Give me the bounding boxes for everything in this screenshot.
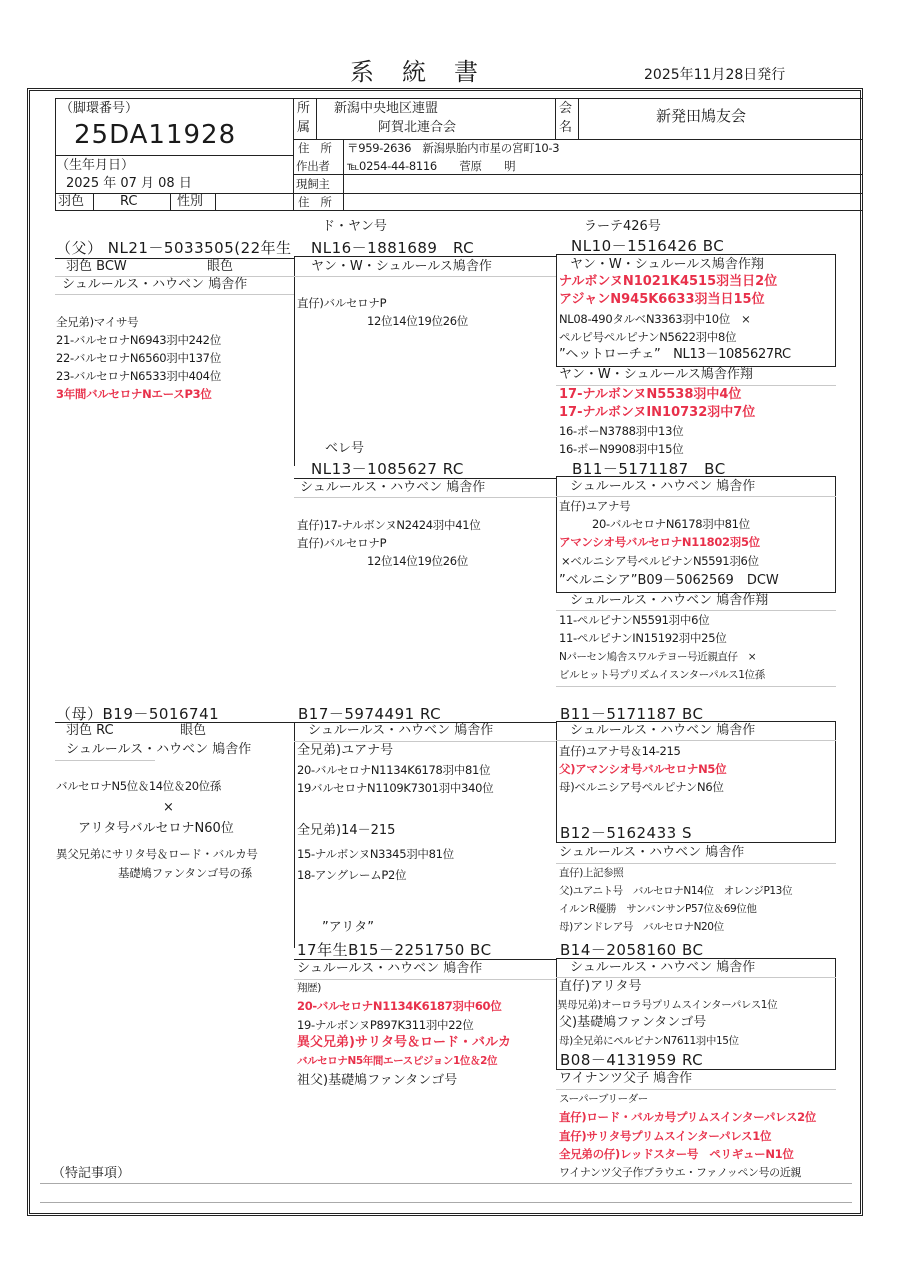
remarks-label: （特記事項） bbox=[52, 1165, 130, 1183]
document-title: 系 統 書 bbox=[350, 56, 480, 88]
sdd-note: 11-ペルピナンIN15192羽中25位 bbox=[559, 629, 726, 647]
ring-number-label: （脚環番号） bbox=[60, 100, 138, 118]
dam-ring: （母）B19－5016741 bbox=[56, 704, 219, 724]
dsd-loft: シュルールス・ハウベン 鳩舎作 bbox=[559, 844, 744, 862]
dam-dam-note: 祖父)基礎鳩ファンタンゴ号 bbox=[297, 1072, 457, 1090]
ddd-ring: B08－4131959 RC bbox=[560, 1050, 703, 1070]
sire-note-highlight: 3年間バルセロナNエースP3位 bbox=[56, 385, 211, 403]
sds-note: ×ベルニシア号ペルピナンN5591羽6位 bbox=[561, 552, 759, 570]
dam-loft: シュルールス・ハウベン 鳩舎作 bbox=[66, 741, 251, 759]
sire-note: 全兄弟)マイサ号 bbox=[56, 313, 138, 331]
sdd-note: 11-ペルピナンN5591羽中6位 bbox=[559, 611, 709, 629]
sire-sire-note: 12位14位19位26位 bbox=[367, 312, 468, 330]
sire-sire-ring: NL16－1881689 RC bbox=[311, 238, 474, 258]
sire-dam-name: ベレ号 bbox=[325, 440, 364, 458]
sdd-loft: シュルールス・ハウベン 鳩舎作翔 bbox=[570, 592, 768, 610]
sire-note: 22-バルセロナN6560羽中137位 bbox=[56, 349, 221, 367]
sss-ring: NL10－1516426 BC bbox=[571, 236, 724, 256]
sire-sire-note: 直仔)バルセロナP bbox=[297, 294, 386, 312]
sds-note: 直仔)ユアナ号 bbox=[559, 497, 630, 515]
sds-note: 20-バルセロナN6178羽中81位 bbox=[592, 515, 750, 533]
sire-color: 羽色 BCW bbox=[66, 258, 127, 276]
sire-note: 21-バルセロナN6943羽中242位 bbox=[56, 331, 221, 349]
sire-dam-note: 直仔)バルセロナP bbox=[297, 534, 386, 552]
dsd-note: イルンR優勝 サンバンサンP57位＆69位他 bbox=[559, 900, 757, 918]
dss-loft: シュルールス・ハウベン 鳩舎作 bbox=[570, 722, 755, 740]
ssd-note: 16-ポーN9908羽中15位 bbox=[559, 440, 683, 458]
ddd-note-highlight: 全兄弟の仔)レッドスター号 ペリギューN1位 bbox=[559, 1145, 837, 1163]
ring-number: 25DA11928 bbox=[74, 118, 236, 152]
dam-dam-note: 翔歴) bbox=[297, 979, 321, 997]
dam-sire-note: 15-ナルボンヌN3345羽中81位 bbox=[297, 845, 454, 863]
breeder-value: ℡0254-44-8116 菅原 明 bbox=[347, 157, 515, 175]
owner-label: 現飼主 bbox=[296, 175, 330, 193]
sire-dam-note: 直仔)17-ナルボンヌN2424羽中41位 bbox=[297, 516, 480, 534]
club-label-2: 名 bbox=[559, 119, 572, 137]
address-label: 住 所 bbox=[298, 139, 332, 157]
sire-dam-ring: NL13－1085627 RC bbox=[311, 459, 464, 479]
sss-note: ペルピ号ペルピナンN5622羽中8位 bbox=[559, 328, 736, 346]
dam-note: バルセロナN5位＆14位＆20位孫 bbox=[56, 777, 221, 795]
sss-note: NL08-490タルベN3363羽中10位 × bbox=[559, 310, 750, 328]
color-value: RC bbox=[120, 193, 137, 211]
sdd-note: ビルヒット号プリズムイスンターパルス1位孫 bbox=[559, 666, 765, 684]
dds-ring: B14－2058160 BC bbox=[560, 940, 703, 960]
dam-sire-note: 19バルセロナN1109K7301羽中340位 bbox=[297, 779, 555, 797]
ddd-note-highlight: 直仔)ロード・バルカ号プリムスインターパレス2位 bbox=[559, 1108, 839, 1126]
sds-loft: シュルールス・ハウベン 鳩舎作 bbox=[570, 478, 755, 496]
dam-dam-note-highlight: バルセロナN5年間エースピジョン1位＆2位 bbox=[297, 1052, 497, 1070]
ssd-note-highlight: 17-ナルボンヌIN10732羽中7位 bbox=[559, 404, 755, 422]
sds-note-highlight: アマンシオ号バルセロナN11802羽5位 bbox=[559, 533, 760, 551]
dam-sire-ring: B17－5974491 RC bbox=[298, 704, 441, 724]
dsd-note: 父)ユアニト号 バルセロナN14位 オレンジP13位 bbox=[559, 882, 792, 900]
sire-dam-loft: シュルールス・ハウベン 鳩舎作 bbox=[300, 479, 485, 497]
birth-date: 2025 年 07 月 08 日 bbox=[66, 175, 192, 193]
dam-dam-note-highlight: 異父兄弟)サリタ号＆ロード・バルカ bbox=[297, 1034, 555, 1052]
sire-sire-name: ド・ヤン号 bbox=[322, 218, 387, 236]
sss-note-highlight: アジャンN945K6633羽当日15位 bbox=[559, 291, 765, 309]
dam-dam-note: 19-ナルボンヌP897K311羽中22位 bbox=[297, 1016, 473, 1034]
dds-note: 直仔)アリタ号 bbox=[559, 978, 642, 996]
breeder-label: 作出者 bbox=[296, 157, 330, 175]
ssd-loft: ヤン・W・シュルールス鳩舎作翔 bbox=[559, 366, 753, 384]
dds-note: 母)全兄弟にペルピナンN7611羽中15位 bbox=[559, 1032, 739, 1050]
dam-dam-name: ”アリタ” bbox=[322, 919, 374, 937]
dam-note-cross: × bbox=[163, 799, 174, 817]
dds-loft: シュルールス・ハウベン 鳩舎作 bbox=[570, 959, 755, 977]
issue-date: 2025年11月28日発行 bbox=[644, 66, 785, 84]
ddd-note-highlight: 直仔)サリタ号プリムスインターパレス1位 bbox=[559, 1127, 771, 1145]
dsd-note: 直仔)上記参照 bbox=[559, 864, 623, 882]
dds-note: 異母兄弟)オーロラ号プリムスインターパレス1位 bbox=[557, 996, 777, 1014]
dam-note: 基礎鳩ファンタンゴ号の孫 bbox=[118, 864, 252, 882]
sdd-note: Nパーセン鳩舎スワルテヨー号近親直仔 × bbox=[559, 648, 756, 666]
dam-dam-ring: 17年生B15－2251750 BC bbox=[297, 940, 492, 960]
affiliation-label: 所 bbox=[297, 100, 310, 118]
affiliation-union: 阿賀北連合会 bbox=[378, 119, 456, 137]
dam-sire-note: 20-バルセロナN1134K6178羽中81位 bbox=[297, 761, 555, 779]
ssd-ring: ”ヘットローチェ” NL13－1085627RC bbox=[559, 346, 791, 364]
dsd-ring: B12－5162433 S bbox=[560, 823, 692, 843]
sire-loft: シュルールス・ハウベン 鳩舎作 bbox=[62, 276, 247, 294]
birth-date-label: （生年月日） bbox=[56, 157, 134, 175]
affiliation-federation: 新潟中央地区連盟 bbox=[334, 100, 438, 118]
sire-sire-box bbox=[294, 256, 556, 466]
address-value: 〒959-2636 新潟県胎内市星の宮町10-3 bbox=[347, 139, 559, 157]
sdd-ring: ”ベルニシア”B09－5062569 DCW bbox=[559, 572, 779, 590]
sire-eye-color: 眼色 bbox=[207, 258, 233, 276]
club-label: 会 bbox=[559, 100, 572, 118]
dss-note: 母)ベルニシア号ペルピナンN6位 bbox=[559, 778, 724, 796]
ddd-note: ワイナンツ父子作ブラウエ・ファノッペン号の近親 bbox=[559, 1164, 801, 1182]
dam-sire-loft: シュルールス・ハウベン 鳩舎作 bbox=[308, 722, 493, 740]
sss-note-highlight: ナルボンヌN1021K4515羽当日2位 bbox=[559, 273, 777, 291]
dam-eye-color: 眼色 bbox=[180, 722, 206, 740]
ddd-loft: ワイナンツ父子 鳩舎作 bbox=[559, 1070, 692, 1088]
dam-color: 羽色 RC bbox=[66, 722, 114, 740]
dam-dam-loft: シュルールス・ハウベン 鳩舎作 bbox=[297, 960, 482, 978]
dam-sire-note: 全兄弟)14－215 bbox=[297, 822, 395, 840]
ssd-note-highlight: 17-ナルボンヌN5538羽中4位 bbox=[559, 386, 741, 404]
dds-note: 父)基礎鳩ファンタンゴ号 bbox=[559, 1014, 706, 1032]
sex-label: 性別 bbox=[177, 193, 203, 211]
dam-note: 異父兄弟にサリタ号＆ロード・バルカ号 bbox=[56, 845, 294, 863]
dam-dam-note-highlight: 20-バルセロナN1134K6187羽中60位 bbox=[297, 997, 557, 1015]
sss-loft: ヤン・W・シュルールス鳩舎作翔 bbox=[570, 256, 764, 274]
dss-note-highlight: 父)アマンシオ号バルセロナN5位 bbox=[559, 760, 726, 778]
sire-ring: （父） NL21－5033505(22年生 bbox=[56, 238, 294, 258]
remarks-line bbox=[40, 1202, 852, 1203]
owner-address-label: 住 所 bbox=[298, 193, 332, 211]
color-label: 羽色 bbox=[58, 193, 84, 211]
dam-sire-note: 全兄弟)ユアナ号 bbox=[297, 742, 393, 760]
sire-note: 23-バルセロナN6533羽中404位 bbox=[56, 367, 221, 385]
dam-sire-note: 18-アングレームP2位 bbox=[297, 866, 406, 884]
sire-sire-loft: ヤン・W・シュルールス鳩舎作 bbox=[311, 258, 492, 276]
sire-dam-note: 12位14位19位26位 bbox=[367, 552, 468, 570]
ddd-note: スーパーブリーダー bbox=[559, 1090, 648, 1108]
dam-note: アリタ号バルセロナN60位 bbox=[78, 820, 234, 838]
ssd-note: 16-ポーN3788羽中13位 bbox=[559, 422, 683, 440]
affiliation-label-2: 属 bbox=[297, 119, 310, 137]
dss-note: 直仔)ユアナ号＆14-215 bbox=[559, 742, 681, 760]
club-name: 新発田鳩友会 bbox=[656, 106, 746, 126]
dsd-note: 母)アンドレア号 バルセロナN20位 bbox=[559, 918, 724, 936]
sss-name: ラーテ426号 bbox=[584, 218, 661, 236]
